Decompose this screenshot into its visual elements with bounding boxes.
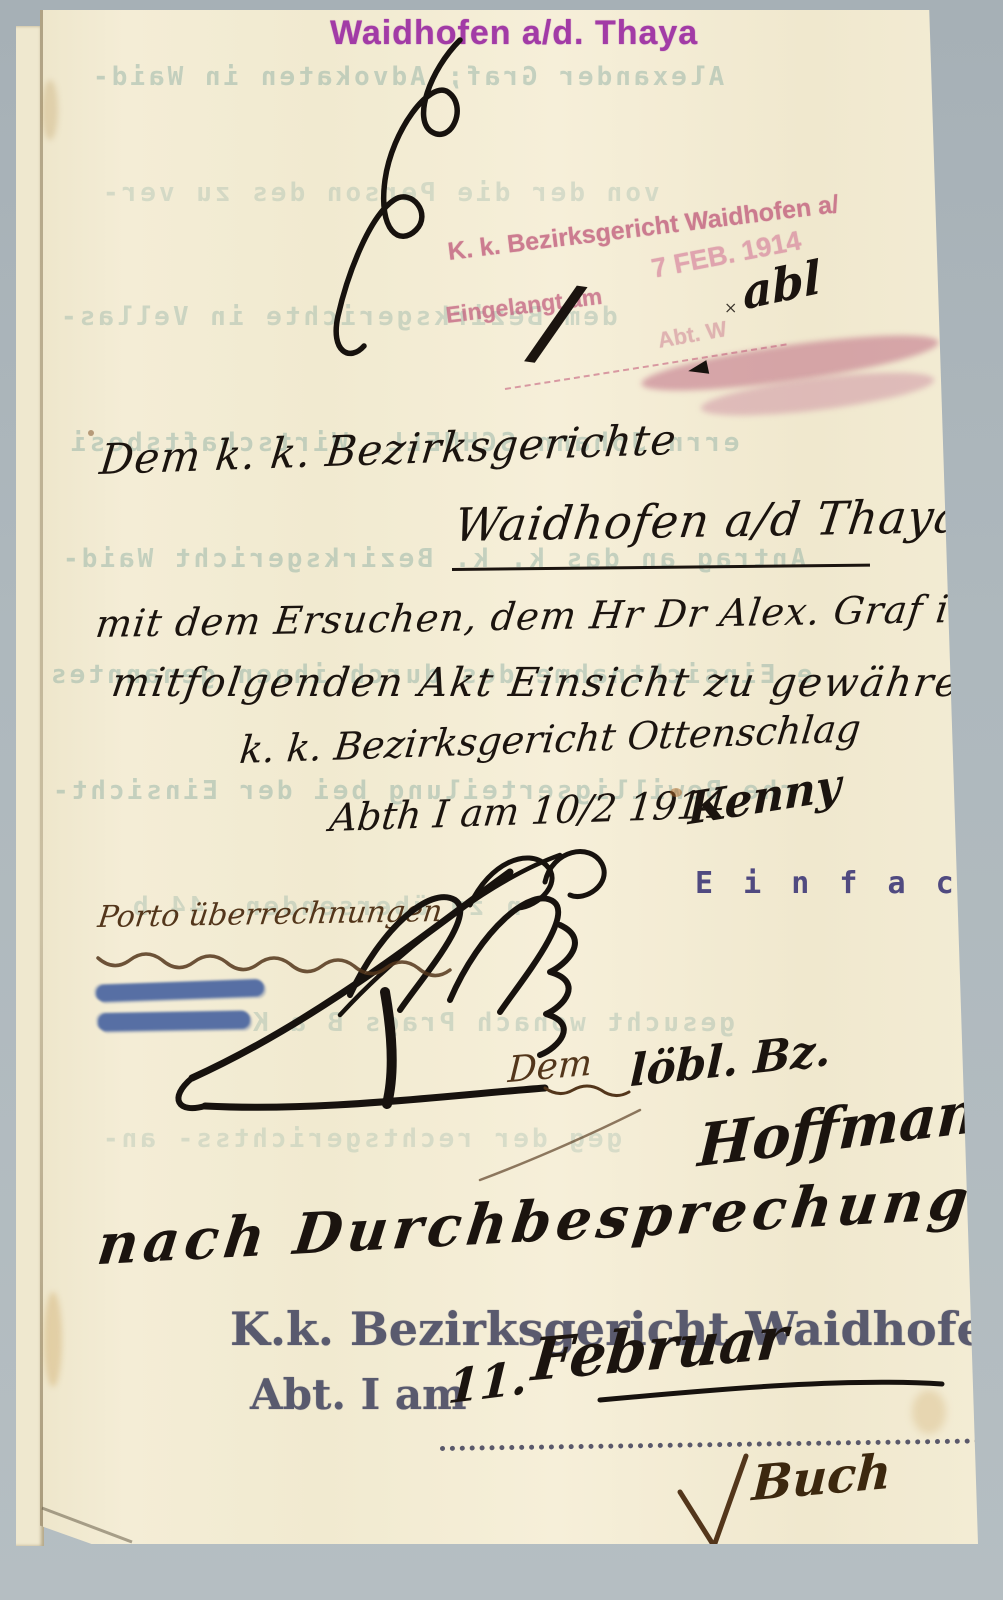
foxing-spot [912,1390,946,1434]
bleedthrough-line: von der die Person des zu ver- [100,178,660,208]
ink-slash-mark: / [530,260,583,382]
court-stamp-dept: Abt. I am [250,1370,467,1419]
hw-date-fill-day: 11. [447,1350,529,1415]
hw-reply-line: nach Durchbesprechung gb [94,1160,978,1278]
wavy-underline [98,954,450,976]
blue-crayon-stroke [96,979,264,1002]
hw-address-line2: Waidhofen a/d Thaya [452,489,966,552]
flourish-baseline [205,1088,545,1107]
paper-fold-line [40,10,43,1544]
hw-porto-note: Porto überrechnungen [96,894,444,935]
rust-stain [670,788,682,797]
signature-kenny: Kenny [688,759,842,835]
blue-crayon-stroke [98,1011,250,1032]
ink-speck [88,430,94,436]
flourish-loop [545,852,604,897]
hw-address-line1: Dem k. k. Bezirksgerichte [97,415,679,484]
flourish-hook [178,1078,205,1108]
februar-tail [600,1382,942,1400]
buch-v-stroke [680,1456,746,1544]
bleedthrough-line: geg der rechtsgerichtss- an- [100,1124,622,1154]
signature-buch: Buch [751,1444,893,1513]
paper-sheet: Alexander Graf; Advokaten in Waid- von d… [40,10,978,1544]
scanned-document: Alexander Graf; Advokaten in Waid- von d… [0,0,1003,1600]
hw-sender-court: k. k. Bezirksgericht Ottenschlag [238,706,863,772]
dem-squiggle [545,1086,629,1096]
hw-body-line1: mit dem Ersuchen, dem Hr Dr Alex. Graf i… [93,585,978,646]
foxing-spot [42,80,58,140]
receipt-stamp-fragment: Abt. W [656,316,729,354]
corner-cut-edge [42,1508,132,1542]
bleedthrough-line: Alexander Graf; Advokaten in Waid- [90,62,724,92]
flourish-diagonal [340,855,560,1015]
hw-body-line2: mitfolgenden Akt Einsicht zu gewähren. [109,660,978,706]
court-stamp-dotted-line [440,1438,978,1451]
bleedthrough-line: gesucht wonach Prags B a K [250,1008,735,1038]
place-stamp: Waidhofen a/d. Thaya [330,14,698,53]
edge-stain [44,1292,62,1387]
signature-hoffmann: Hoffmann [696,1072,978,1181]
bleedthrough-line: Antrag an das k. k. Bezirksgericht Waid- [60,544,806,574]
hw-reply-dem: Dem [507,1042,593,1091]
typed-dispatch-note: E i n f a c [695,866,960,901]
ink-cross-mark: × [724,298,737,317]
under-sheet-edge [16,26,44,1546]
